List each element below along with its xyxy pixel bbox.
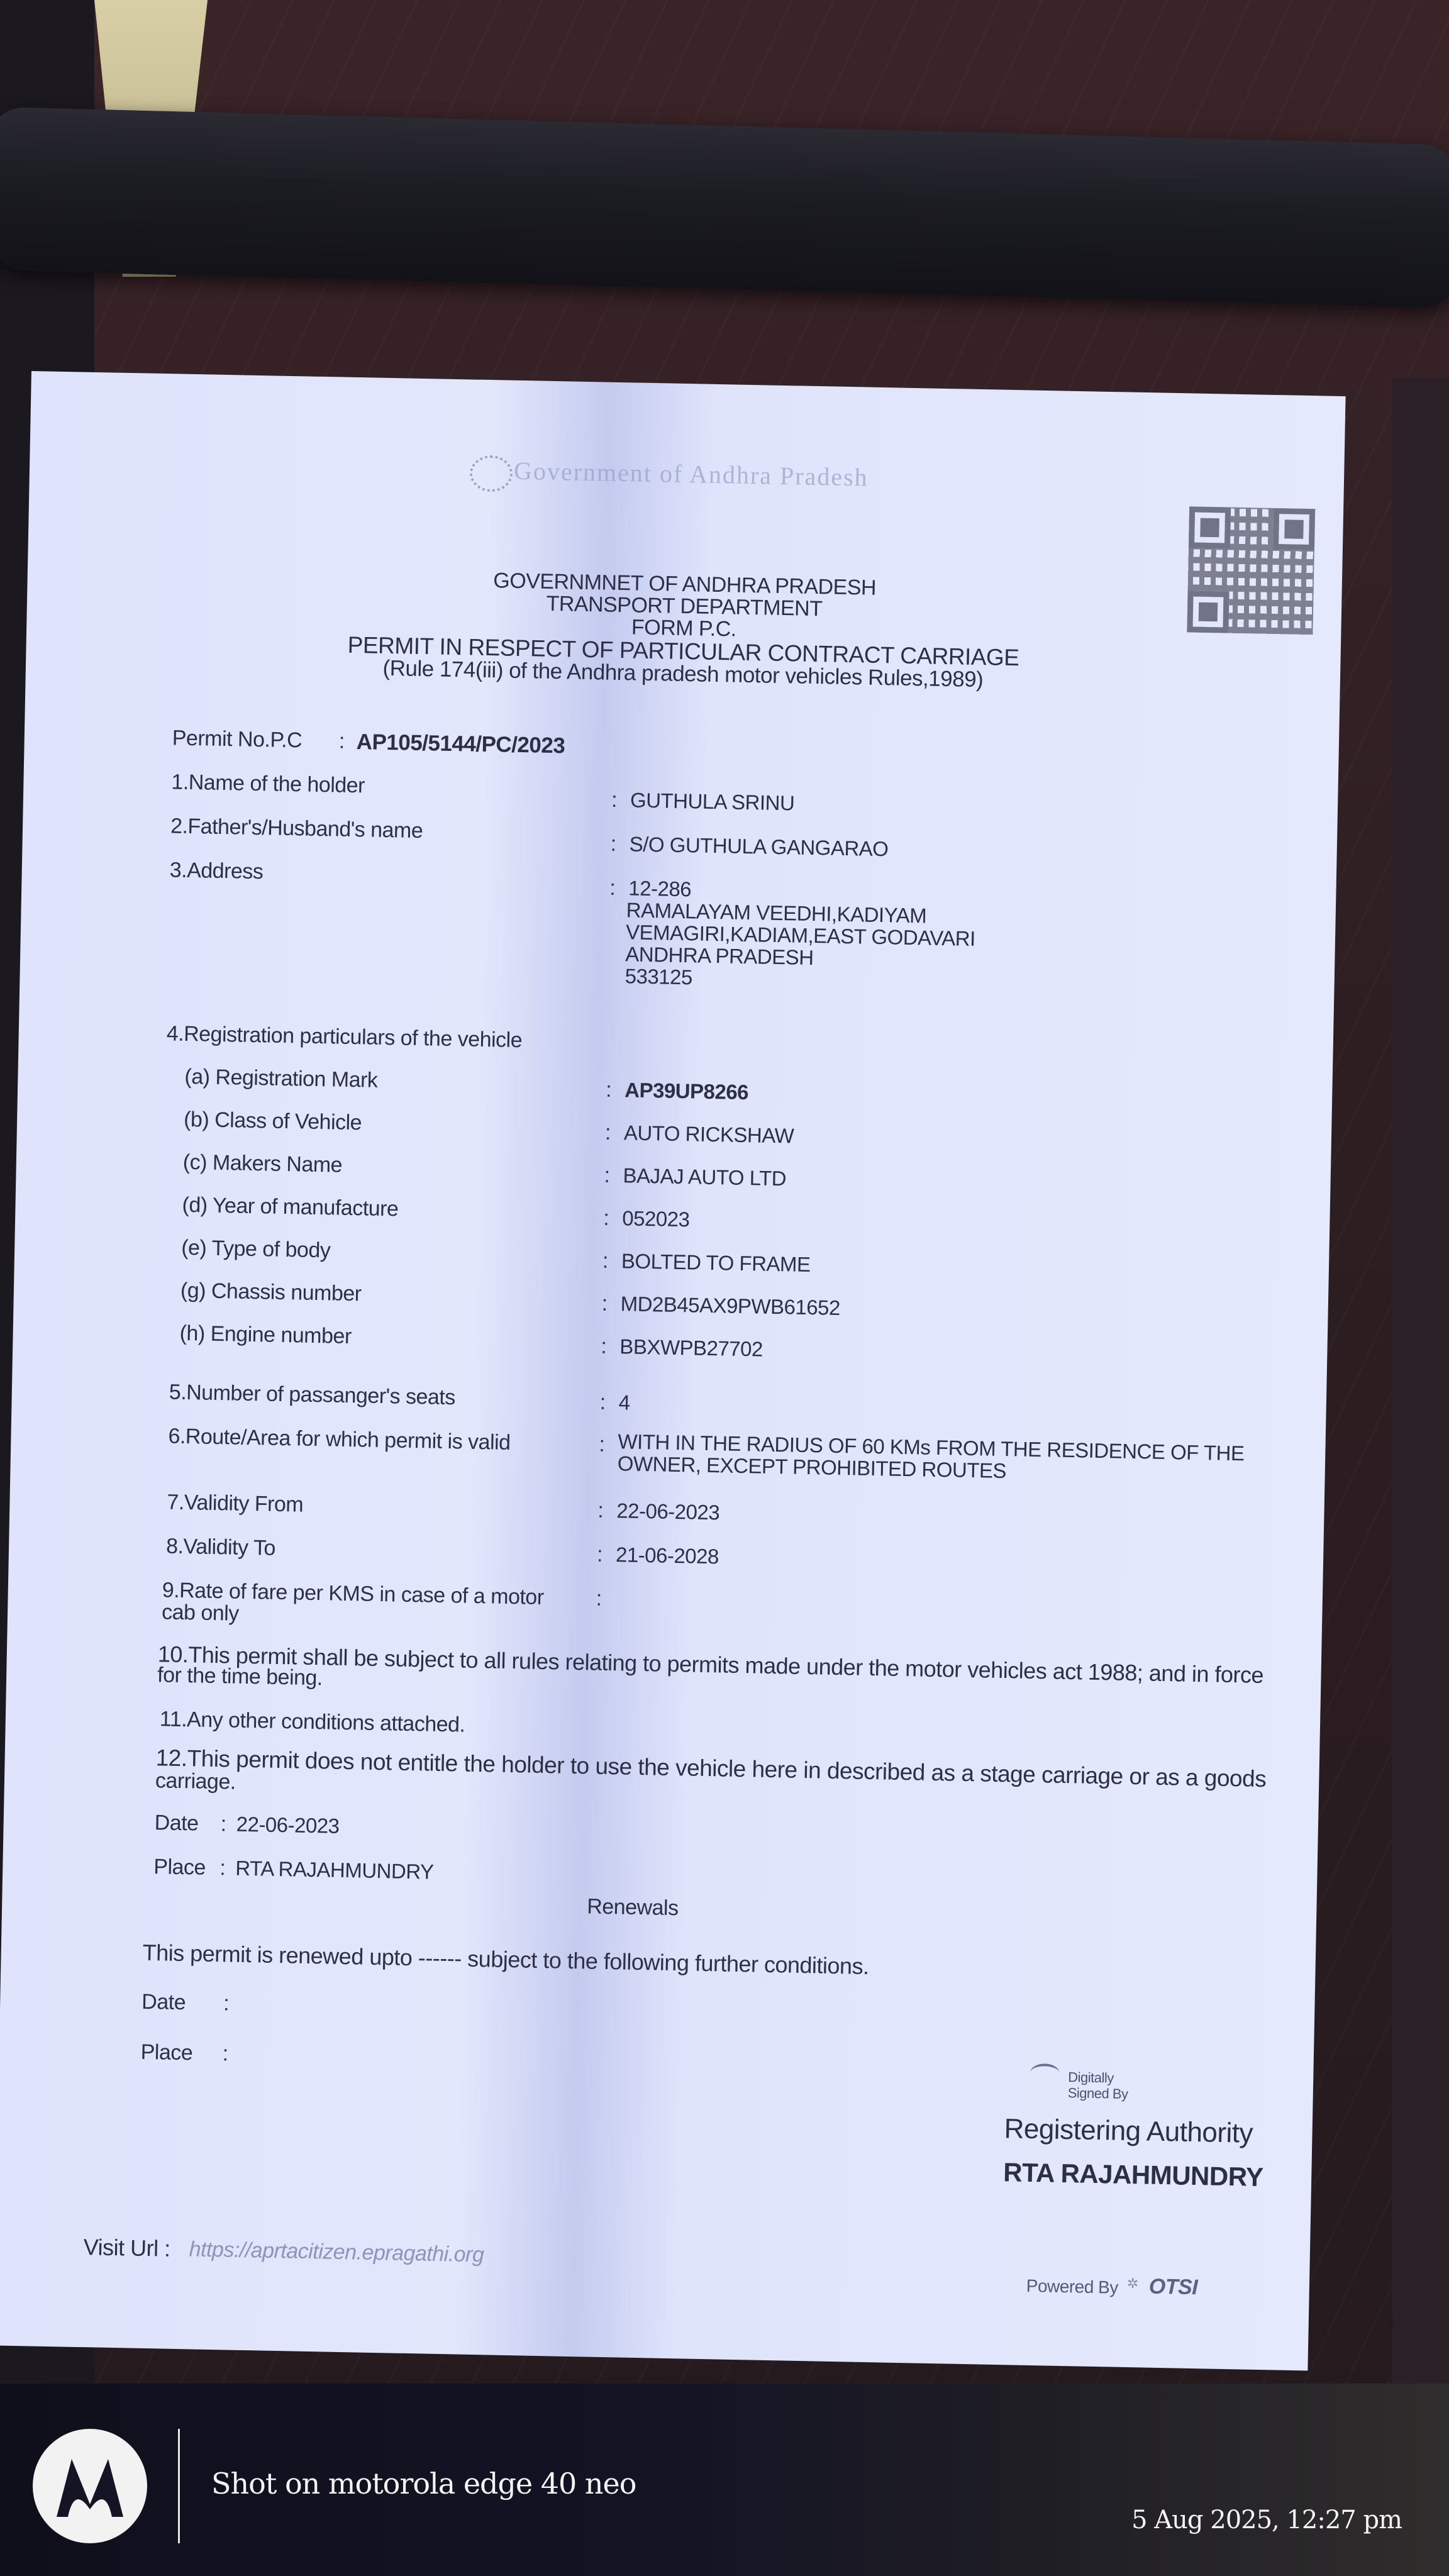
condition-10-line1: 10.This permit shall be subject to all r…	[157, 1641, 1263, 1689]
condition-11: 11.Any other conditions attached.	[160, 1707, 465, 1737]
registration-value: AUTO RICKSHAW	[624, 1121, 794, 1148]
registration-value: MD2B45AX9PWB61652	[620, 1292, 840, 1320]
device-caption: Shot on motorola edge 40 neo	[211, 2467, 636, 2501]
colon: :	[601, 1335, 607, 1359]
holder-label: 1.Name of the holder	[171, 770, 365, 798]
qr-finder-icon	[1273, 508, 1315, 550]
issue-date-value: 22-06-2023	[236, 1813, 340, 1838]
issue-place-label: Place	[153, 1855, 206, 1880]
colon: :	[596, 1587, 602, 1611]
watermark-text: Government of Andhra Pradesh	[514, 456, 869, 492]
father-label: 2.Father's/Husband's name	[170, 814, 423, 843]
digitally-signed-line1: Digitally	[1068, 2069, 1114, 2086]
permit-no-value: AP105/5144/PC/2023	[356, 730, 565, 758]
fare-label-line2: cab only	[162, 1600, 239, 1626]
backdrop-right-seat	[1392, 377, 1449, 2453]
powered-by-brand: OTSI	[1148, 2275, 1197, 2300]
renewals-text: This permit is renewed upto ------ subje…	[142, 1940, 869, 1980]
colon: :	[603, 1206, 609, 1231]
colon: :	[599, 1433, 605, 1457]
state-emblem-icon	[469, 455, 513, 492]
colon: :	[611, 788, 618, 813]
route-label: 6.Route/Area for which permit is valid	[168, 1424, 511, 1455]
colon: :	[604, 1163, 610, 1188]
otsi-logo-icon: ✲	[1127, 2275, 1138, 2292]
seats-value: 4	[618, 1391, 630, 1414]
colon: :	[597, 1499, 604, 1523]
condition-12-line1: 12.This permit does not entitle the hold…	[155, 1745, 1266, 1792]
visit-url-label: Visit Url :	[83, 2234, 170, 2262]
colon: :	[220, 1812, 226, 1836]
registration-label: (b) Class of Vehicle	[184, 1108, 362, 1135]
colon: :	[610, 832, 616, 857]
registration-value: BOLTED TO FRAME	[621, 1249, 811, 1277]
colon: :	[222, 2041, 228, 2066]
colon: :	[223, 1991, 230, 2016]
registration-label: (c) Makers Name	[183, 1150, 343, 1178]
registration-value: 052023	[622, 1206, 690, 1231]
registering-authority: Registering Authority	[1004, 2113, 1253, 2150]
motorola-logo-icon	[33, 2429, 147, 2543]
authority-office: RTA RAJAHMUNDRY	[1003, 2157, 1263, 2192]
permit-no-label: Permit No.P.C	[172, 726, 302, 753]
registration-value: AP39UP8266	[625, 1078, 749, 1104]
permit-document: Government of Andhra Pradesh GOVERNMNET …	[0, 371, 1346, 2371]
registration-value: BBXWPB27702	[619, 1335, 763, 1361]
renewal-place-label: Place	[140, 2040, 192, 2066]
watermark-divider	[178, 2429, 180, 2543]
colon: :	[602, 1249, 609, 1274]
qr-finder-icon	[1189, 506, 1231, 548]
powered-by-label: Powered By	[1026, 2276, 1119, 2298]
address-line: 533125	[625, 964, 692, 989]
father-value: S/O GUTHULA GANGARAO	[629, 832, 888, 861]
digital-signature-icon	[1030, 2063, 1060, 2082]
registration-label: (h) Engine number	[179, 1321, 352, 1349]
address-line: 12-286	[628, 876, 691, 901]
renewal-date-label: Date	[142, 1990, 186, 2015]
validity-from-label: 7.Validity From	[167, 1490, 303, 1517]
colon: :	[219, 1856, 226, 1880]
registration-label: (d) Year of manufacture	[182, 1193, 399, 1222]
condition-12-line2: carriage.	[155, 1768, 236, 1794]
validity-to-value: 21-06-2028	[616, 1543, 719, 1568]
issue-place-value: RTA RAJAHMUNDRY	[235, 1857, 434, 1884]
address-label: 3.Address	[169, 858, 263, 884]
colon: :	[601, 1292, 608, 1316]
registration-label: (e) Type of body	[181, 1236, 331, 1263]
colon: :	[606, 1078, 612, 1102]
renewals-heading: Renewals	[587, 1894, 679, 1921]
photo-timestamp: 5 Aug 2025, 12:27 pm	[1131, 2506, 1402, 2534]
registration-label: (g) Chassis number	[180, 1279, 362, 1307]
colon: :	[599, 1391, 606, 1415]
registration-value: BAJAJ AUTO LTD	[623, 1163, 786, 1191]
colon: :	[609, 876, 616, 901]
holder-value: GUTHULA SRINU	[630, 788, 795, 815]
digitally-signed-line2: Signed By	[1067, 2085, 1128, 2102]
motorola-batwing-icon	[33, 2429, 147, 2543]
registration-label: (a) Registration Mark	[184, 1065, 378, 1093]
issue-date-label: Date	[154, 1811, 199, 1836]
condition-10-line2: for the time being.	[157, 1663, 323, 1690]
colon: :	[597, 1543, 603, 1567]
seats-label: 5.Number of passanger's seats	[169, 1380, 455, 1411]
visit-url-link[interactable]: https://aprtacitizen.epragathi.org	[189, 2237, 484, 2267]
colon: :	[338, 729, 345, 753]
validity-to-label: 8.Validity To	[166, 1534, 275, 1560]
colon: :	[605, 1121, 611, 1145]
registration-heading: 4.Registration particulars of the vehicl…	[166, 1021, 522, 1053]
validity-from-value: 22-06-2023	[616, 1499, 720, 1524]
